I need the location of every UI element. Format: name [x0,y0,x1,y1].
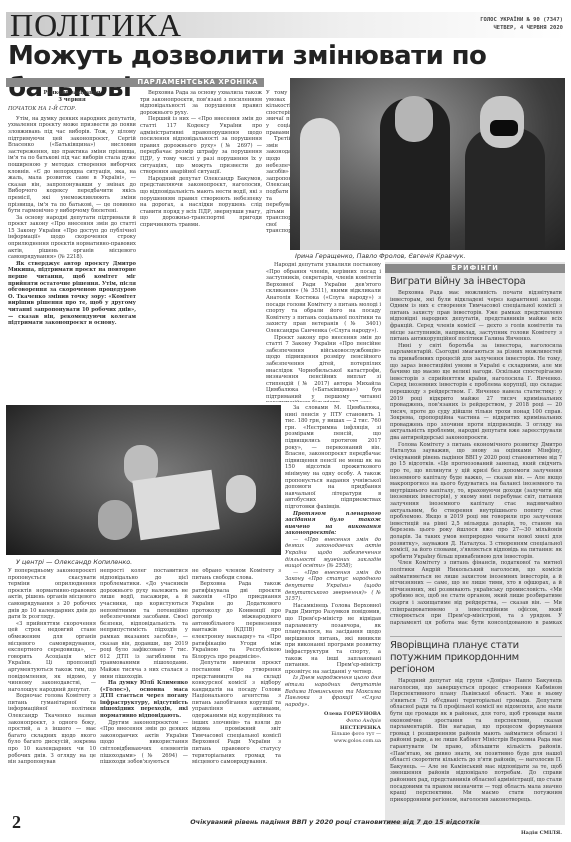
article-paragraph: Утім, на думку деяких народних депутатів… [8,116,136,215]
article-paragraph: Перший із них — «Про внесення змін до ст… [140,116,262,175]
photo-figure [490,120,518,136]
briefing-paragraph: Голова Комітету з питань економічного ро… [390,442,562,561]
briefing-paragraph: Член Комітету з питань фінансів, податко… [390,560,562,625]
photo-session-hall [6,405,281,555]
issue-info: ГОЛОС УКРАЇНИ № 90 (7347) ЧЕТВЕР, 4 ЧЕРВ… [480,16,563,32]
article-column-1: Ранкове засідання 3 червня ПОЧАТОК НА 1-… [8,90,136,402]
continued-note: ПОЧАТОК НА 1-Й СТОР. [8,106,136,113]
rubric-label: ПАРЛАМЕНТСЬКА ХРОНІКА [6,78,264,87]
article-paragraph: не обрано членом Комітету з питань свобо… [192,568,281,581]
briefing-item-2: Яворівщина планує стати потужним прикорд… [390,640,562,837]
page-number: 2 [12,812,21,833]
photo-newspaper [132,470,220,541]
photo-figure [98,500,132,540]
briefing-paragraph: Народний депутат від групи «Довіра» Павл… [390,678,562,803]
article-paragraph: Верховна Рада за основу ухвалила також т… [140,90,262,116]
photo-mid-caption: У центрі — Олександр Копиленко. [16,558,132,566]
photo-figure [300,118,340,250]
briefing-item-1: Виграти війну за інвестора Верховна Рада… [390,276,562,625]
bottom-column-2: непрості колег поставитися відповідально… [100,568,188,804]
article-paragraph: «З прийняттям скорочення цей строк недов… [8,621,96,694]
article-paragraph: Верховна Рада також ратифікувала дві про… [192,581,281,660]
briefing-body: Народний депутат від групи «Довіра» Павл… [390,678,562,828]
article-paragraph: За словами М. Цимбалюка, нині пенсія у П… [285,405,381,511]
briefings-label: БРИФІНГИ [385,264,565,273]
article-paragraph: — «Про внесення змін до Закону «Про стат… [285,570,381,603]
briefing-title: Виграти війну за інвестора [390,276,562,288]
article-paragraph: Другим законопроєктом — «Про внесення зм… [100,720,188,766]
divider [390,636,562,637]
article-paragraph: У попередньому законопроєкті пропонуєтьс… [8,568,96,621]
newspaper-issue: ГОЛОС УКРАЇНИ № 90 (7347) [480,16,563,24]
briefing-title: Яворівщина планує стати потужним прикорд… [390,640,562,676]
article-paragraph: Народний депутат Олександр Бакумов, пред… [140,176,262,229]
briefing-paragraph: Нині у світі боротьба за інвестора, наго… [390,343,562,442]
bottom-column-1: У попередньому законопроєкті пропонуєтьс… [8,568,96,804]
session-label: Ранкове засідання [8,90,136,97]
footer-quote: Очікуваний рівень падіння ВВП у 2020 роц… [135,818,535,826]
article-paragraph: Як стверджує автор проєкту Дмитро Микиша… [8,261,136,327]
author-name: Олена ГОРБУНОВА [285,711,381,718]
issue-date: ЧЕТВЕР, 4 ЧЕРВНЯ 2020 [480,24,563,32]
article-column-4: За словами М. Цимбалюка, нині пенсія у П… [285,405,381,800]
briefing-paragraph: Верховна Рада має можливість почати відз… [390,290,562,343]
article-paragraph: Протягом пленарного засідання було також… [285,511,381,537]
photo-deputies [290,78,565,250]
article-column-3: Народні депутати ухвалили постанову «Про… [266,262,381,402]
photo-figure [226,475,256,513]
photo-credit-label: Фото Андрія [285,718,381,725]
bottom-column-3: не обрано членом Комітету з питань свобо… [192,568,281,804]
article-paragraph: Проєкт закону про внесення змін до статт… [266,335,381,402]
website-link[interactable]: www.golos.com.ua [285,738,381,745]
article-paragraph: Народні депутати ухвалили постанову «Про… [266,262,381,335]
section-title: ПОЛІТИКА [10,8,182,42]
article-paragraph: Із Днем народження цього дня вітали наро… [285,675,381,708]
article-paragraph: На думку Юлії Клименко («Голос»), основн… [100,680,188,720]
briefing-body: Верховна Рада має можливість почати відз… [390,290,562,625]
article-column-2: Верховна Рада за основу ухвалила також т… [140,90,262,402]
article-paragraph: Водночас голова Комітету з питань гумані… [8,693,96,766]
briefing-author: Надія СМІЛЯ. [390,830,562,837]
article-paragraph: Депутати вивчили проєкт постанови «Про у… [192,660,281,766]
more-photos-note: Більше фото тут — [285,731,381,738]
photo-figure [395,96,433,142]
article-paragraph: Насамкінець Голова Верховної Ради Дмитро… [285,603,381,676]
article-paragraph: — «Про внесення змін до деяких законодав… [285,537,381,570]
session-date: 3 червня [8,97,136,104]
article-paragraph: За основу народні депутати підтримали й … [8,215,136,261]
photo-top-caption: Ірина Геращенко, Павло Фролов, Євгенія К… [295,252,466,260]
article-paragraph: непрості колег поставитися відповідально… [100,568,188,680]
